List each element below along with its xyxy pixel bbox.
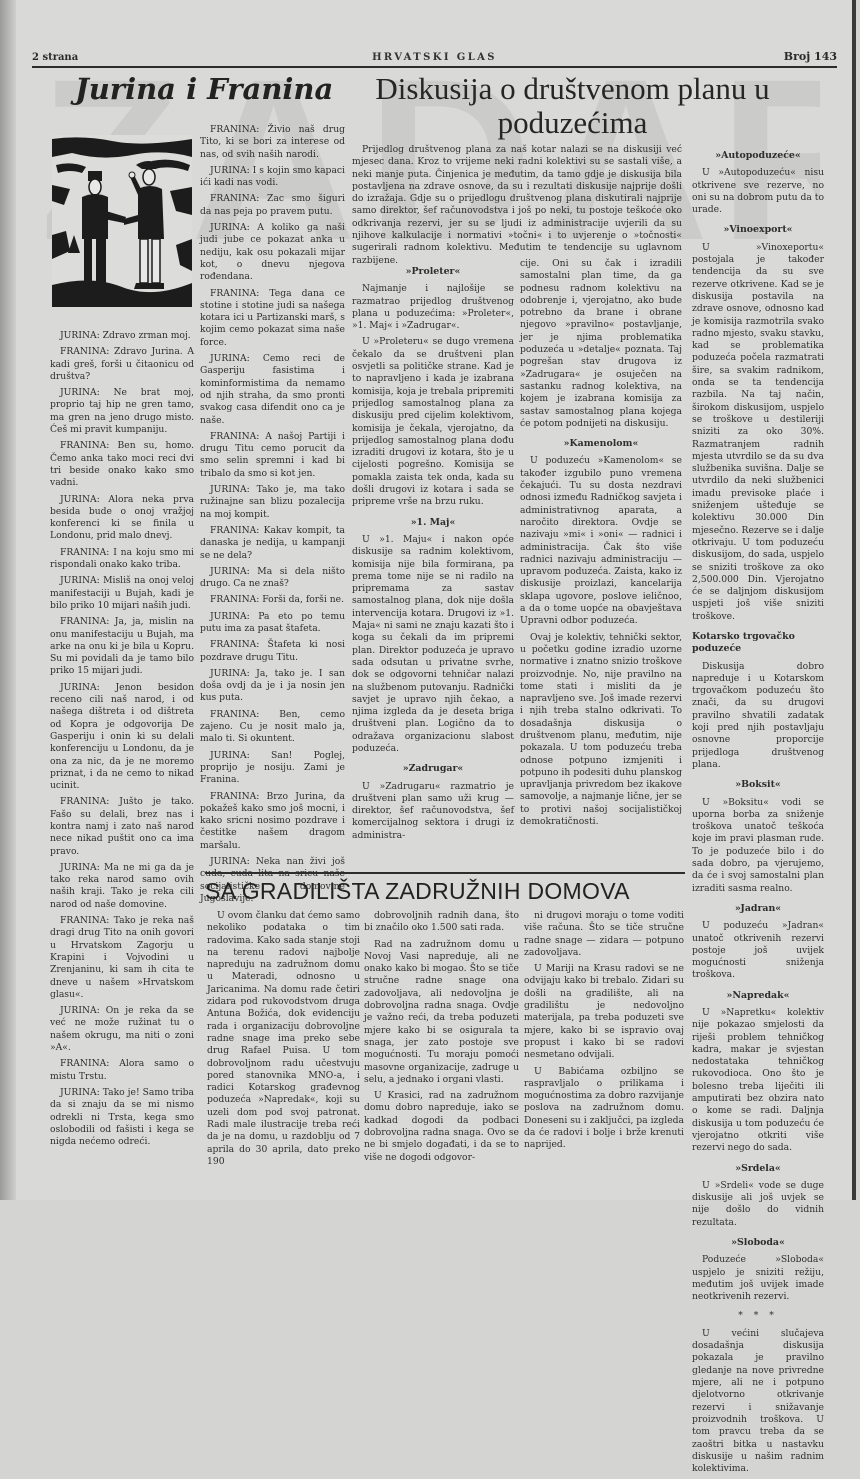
dialogue-paragraph: JURINA: I s kojin smo kapaci ići kadi na…	[200, 165, 345, 190]
header-rule	[32, 66, 837, 68]
dialogue-paragraph: FRANINA: Alora samo o mistu Trstu.	[50, 1058, 194, 1083]
paragraph: U »Boksitu« vodi se uporna borba za sniž…	[692, 797, 824, 895]
company-subheading: »Boksit«	[692, 779, 824, 791]
paragraph: cije. Oni su čak i izradili samostalni p…	[520, 258, 682, 430]
paragraph: Ovaj je kolektiv, tehnički sektor, u poč…	[520, 632, 682, 829]
gradilista-column-2: dobrovoljnih radnih dana, što bi značilo…	[364, 910, 519, 1168]
dialogue-paragraph: FRANINA: Jušto je tako. Fašo su delali, …	[50, 796, 194, 857]
dialogue-paragraph: Rad na zadružnom domu u Novoj Vasi napre…	[364, 939, 519, 1087]
dialogue-paragraph: JURINA: Ne brat moj, proprio taj hip ne …	[50, 387, 194, 436]
dialogue-paragraph: JURINA: A koliko ga naši judi jube ce po…	[200, 222, 345, 283]
company-subheading: »Autopoduzeće«	[692, 150, 824, 162]
masthead: HRVATSKI GLAS	[32, 52, 837, 63]
dialogue-paragraph: FRANINA: A našoj Partiji i drugu Titu ce…	[200, 431, 345, 480]
dialogue-paragraph: JURINA: Tako je! Samo triba da si znaju …	[50, 1087, 194, 1148]
paragraph: U »1. Maju« i nakon opće diskusije sa ra…	[352, 534, 514, 755]
dialogue-paragraph: JURINA: Ja, tako je. I san doša ovdj da …	[200, 668, 345, 705]
dialogue-paragraph: FRANINA: Forši da, forši ne.	[200, 594, 345, 606]
paragraph: U »Vinoxeportu« postojala je također ten…	[692, 242, 824, 623]
section-rule	[205, 872, 685, 874]
gradilista-paragraph: U ovom članku dat ćemo samo nekoliko pod…	[207, 910, 360, 1168]
issue-number: Broj 143	[784, 50, 837, 63]
lead-paragraph: Prijedlog društvenog plana za naš kotar …	[352, 144, 682, 267]
dialogue-paragraph: FRANINA: Zac smo šiguri da nas peja po p…	[200, 193, 345, 218]
dialogue-paragraph: FRANINA: Brzo Jurina, da pokažeš kako sm…	[200, 791, 345, 852]
company-subheading: »1. Maj«	[352, 517, 514, 529]
sa-gradilista-title: SA GRADILIŠTA ZADRUŽNIH DOMOVA	[205, 878, 615, 905]
dialogue-paragraph: ni drugovi moraju o tome voditi više rač…	[524, 910, 684, 959]
dialogue-paragraph: dobrovoljnih radnih dana, što bi značilo…	[364, 910, 519, 935]
dialogue-paragraph: U Babićama ozbiljno se raspravljalo o pr…	[524, 1066, 684, 1152]
diskusija-column-3: »Autopoduzeće«U »Autopoduzeću« nisu otkr…	[692, 142, 824, 1200]
paragraph: U »Napretku« kolektiv nije pokazao smjel…	[692, 1007, 824, 1155]
company-subheading: »Jadran«	[692, 903, 824, 915]
paragraph: Najmanje i najlošije se razmatrao prijed…	[352, 283, 514, 332]
company-subheading: »Proleter«	[352, 266, 514, 278]
dialogue-paragraph: JURINA: Misliš na onoj veloj manifestaci…	[50, 575, 194, 612]
company-subheading: »Srdela«	[692, 1163, 824, 1175]
page-edge-shadow	[0, 0, 16, 1200]
dialogue-paragraph: FRANINA: Tega dana ce stotine i stotine …	[200, 288, 345, 349]
dialogue-paragraph: JURINA: Cemo reci de Gasperiju fasistima…	[200, 353, 345, 427]
paragraph: U »Zadrugaru« razmatrio je društveni pla…	[352, 781, 514, 842]
dialogue-paragraph: JURINA: Alora neka prva besida bude o on…	[50, 494, 194, 543]
company-subheading: »Kamenolom«	[520, 438, 682, 450]
dialogue-paragraph: FRANINA: Štafeta ki nosi pozdrave drugu …	[200, 639, 345, 664]
woodcut-illustration-icon	[52, 135, 192, 307]
dialogue-paragraph: JURINA: Pa eto po temu putu ima za pasat…	[200, 611, 345, 636]
dialogue-paragraph: FRANINA: Živio naš drug Tito, ki se bori…	[200, 124, 345, 161]
gradilista-column-1: U ovom članku dat ćemo samo nekoliko pod…	[207, 910, 360, 1172]
jurina-left-column: JURINA: Zdravo zrman moj.FRANINA: Zdravo…	[50, 330, 194, 1152]
dialogue-paragraph: JURINA: Tako je, ma tako ružinajne san b…	[200, 484, 345, 521]
dialogue-paragraph: U Krasici, rad na zadružnom domu dobro n…	[364, 1090, 519, 1164]
paragraph: U poduzeću »Jadran« unatoč otkrivenih re…	[692, 920, 824, 981]
company-subheading: Kotarsko trgovačko poduzeće	[692, 631, 824, 656]
paragraph: U »Autopoduzeću« nisu otkrivene sve reze…	[692, 167, 824, 216]
dialogue-paragraph: JURINA: Ma si dela ništo drugo. Ca ne zn…	[200, 566, 345, 591]
dialogue-paragraph: JURINA: San! Poglej, proprijo je nosiju.…	[200, 750, 345, 787]
dialogue-paragraph: JURINA: On je reka da se već ne može ruž…	[50, 1005, 194, 1054]
diskusija-lead: Prijedlog društvenog plana za naš kotar …	[352, 144, 682, 271]
dialogue-paragraph: JURINA: Jenon besidon receno cili naš na…	[50, 682, 194, 793]
jurina-right-column: FRANINA: Živio naš drug Tito, ki se bori…	[200, 124, 345, 909]
dialogue-paragraph: FRANINA: Ben, cemo zajeno. Cu je nosit m…	[200, 709, 345, 746]
paragraph: U poduzeću »Kamenolom« se također izgubi…	[520, 455, 682, 627]
dialogue-paragraph: FRANINA: Kakav kompit, ta danaska je ned…	[200, 525, 345, 562]
dialogue-paragraph: FRANINA: I na koju smo mi rispondali ona…	[50, 547, 194, 572]
dialogue-paragraph: FRANINA: Ben su, homo. Čemo anka tako mo…	[50, 440, 194, 489]
dialogue-paragraph: JURINA: Zdravo zrman moj.	[50, 330, 194, 342]
jurina-franina-title: Jurina i Franina	[75, 72, 333, 106]
dialogue-paragraph: U Mariji na Krasu radovi se ne odvijaju …	[524, 963, 684, 1061]
dialogue-paragraph: FRANINA: Zdravo Jurina. A kadi greš, for…	[50, 346, 194, 383]
gradilista-column-3: ni drugovi moraju o tome voditi više rač…	[524, 910, 684, 1156]
dialogue-paragraph: FRANINA: Tako je reka naš dragi drug Tit…	[50, 915, 194, 1001]
paragraph: U »Proleteru« se dugo vremena čekalo da …	[352, 336, 514, 508]
paragraph: Diskusija dobro napreduje i u Kotarskom …	[692, 661, 824, 772]
diskusija-column-2: cije. Oni su čak i izradili samostalni p…	[520, 258, 682, 832]
diskusija-column-1: »Proleter«Najmanje i najlošije se razmat…	[352, 258, 514, 846]
paragraph: U »Srdeli« vode se duge diskusije ali jo…	[692, 1180, 824, 1200]
diskusija-title: Diskusija o društvenom planu u poduzećim…	[370, 72, 775, 140]
dialogue-paragraph: FRANINA: Ja, ja, mislin na onu manifesta…	[50, 616, 194, 677]
dialogue-paragraph: JURINA: Ma ne mi ga da je tako reka naro…	[50, 862, 194, 911]
company-subheading: »Napredak«	[692, 990, 824, 1002]
company-subheading: »Vinoexport«	[692, 224, 824, 236]
company-subheading: »Zadrugar«	[352, 763, 514, 775]
